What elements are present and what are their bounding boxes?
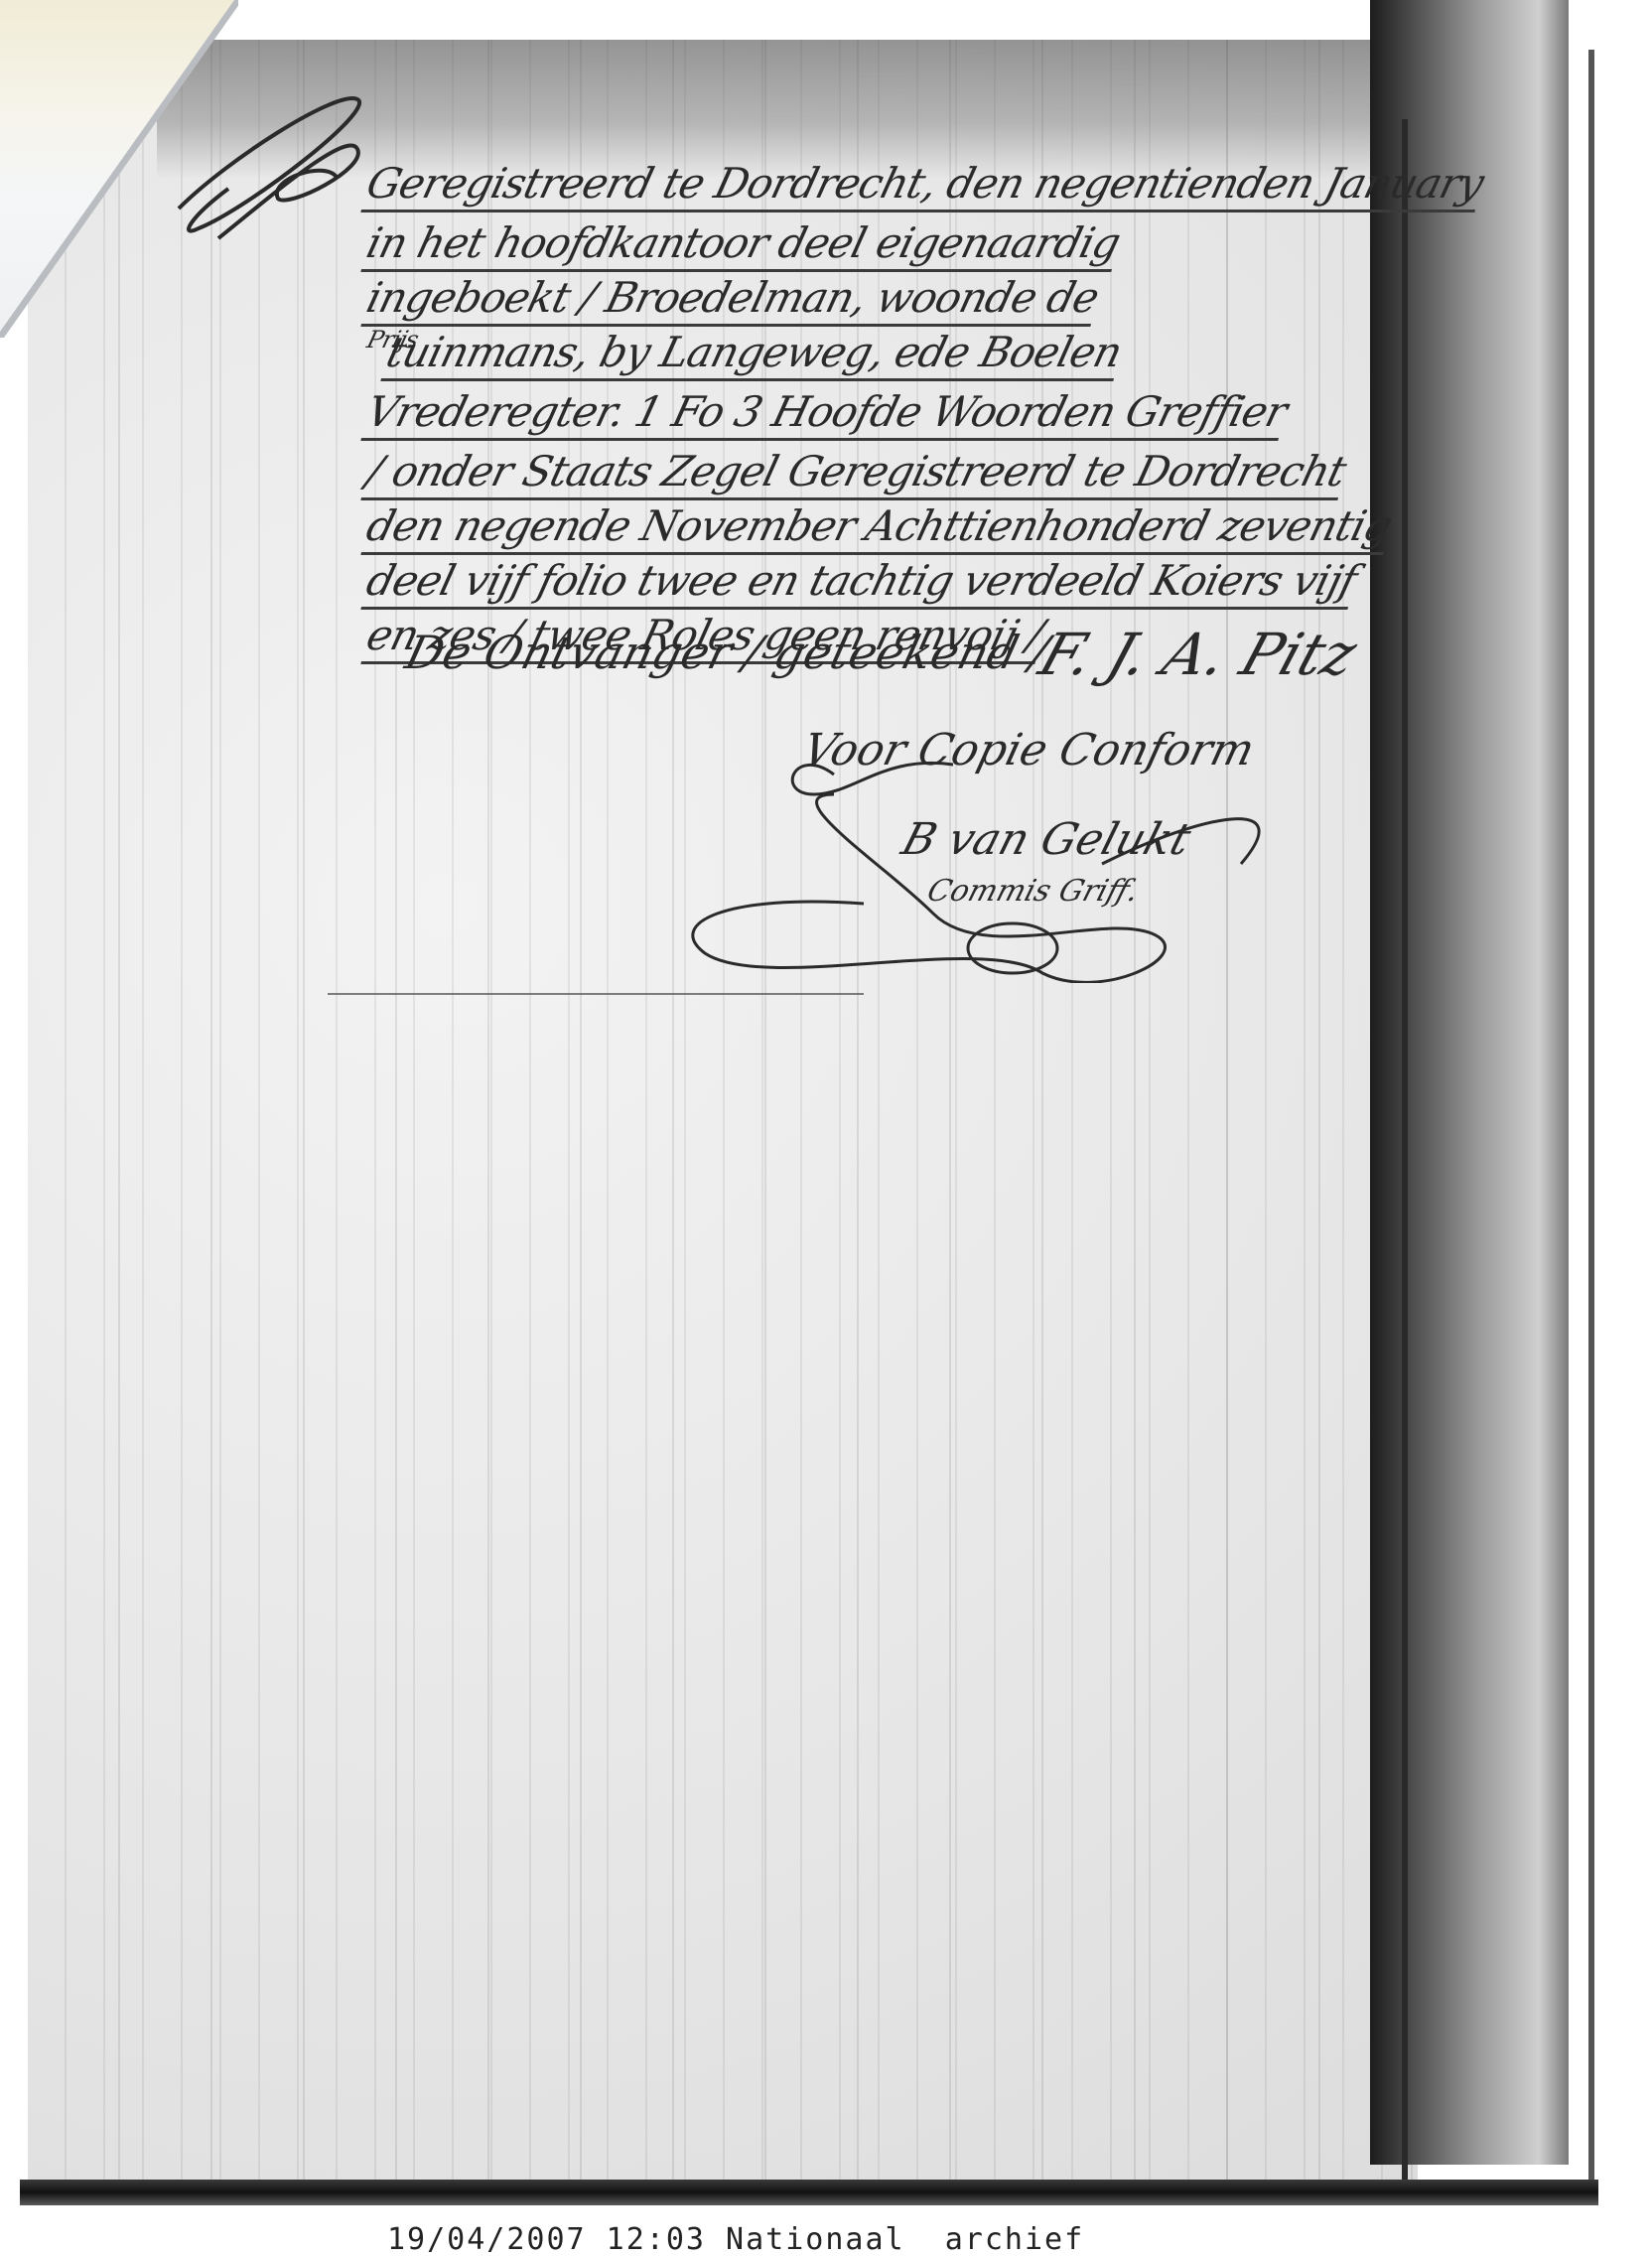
right-copy-shadow	[1370, 0, 1569, 2165]
record-line: den negende November Achttienhonderd zev…	[360, 501, 1396, 555]
horizontal-ruled-line	[328, 993, 864, 995]
fax-header-timestamp: 19/04/2007 12:03 Nationaal archief	[387, 2222, 1084, 2256]
receiver-signature: F. J. A. Pitz	[1032, 621, 1365, 688]
record-line: Geregistreerd te Dordrecht, den negentie…	[360, 159, 1488, 212]
signature-flourish-icon	[685, 755, 1301, 983]
page-edge	[1588, 50, 1594, 2204]
record-line: / onder Staats Zegel Geregistreerd te Do…	[360, 447, 1350, 500]
record-line: deel vijf folio twee en tachtig verdeeld…	[360, 556, 1361, 610]
record-line: Vrederegter. 1 Fo 3 Hoofde Woorden Greff…	[360, 387, 1292, 441]
signer-name: B van Gelukt	[896, 814, 1196, 865]
receiver-label: De Ontvanger / geteekend /	[400, 626, 1053, 679]
page-margin-rule	[1402, 119, 1408, 2194]
record-line: tuinmans, by Langeweg, ede Boelen	[380, 328, 1126, 381]
record-line: ingeboekt / Broedelman, woonde de	[360, 273, 1103, 327]
margin-flourish-icon	[169, 70, 397, 248]
certification-text: Voor Copie Conform	[798, 725, 1260, 775]
signer-title: Commis Griff.	[923, 874, 1143, 909]
record-line: in het hoofdkantoor deel eigenaardig	[360, 218, 1125, 272]
bottom-copy-shadow	[20, 2180, 1598, 2205]
